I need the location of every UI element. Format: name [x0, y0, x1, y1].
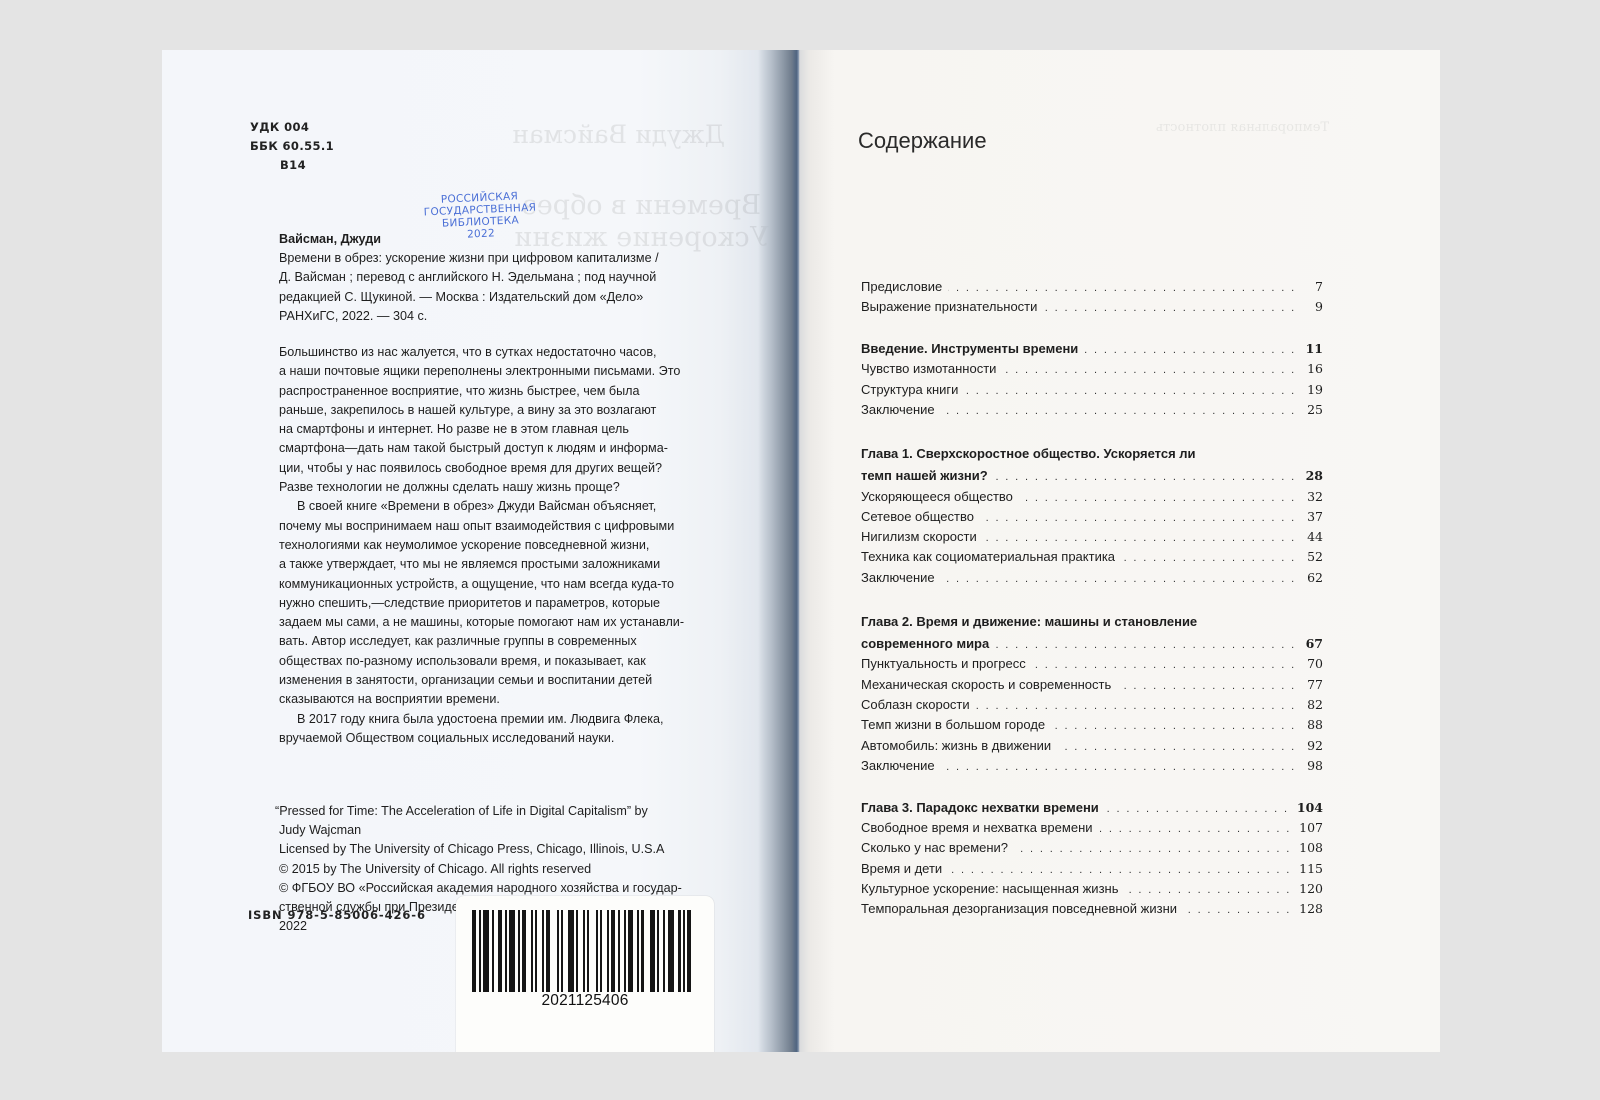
toc-title: Содержание [858, 128, 987, 154]
classification-codes: УДК 004 ББК 60.55.1 В14 [250, 118, 334, 175]
show-through-text: Темпоральная плотность [1156, 120, 1329, 135]
show-through-title: Времени в обрез [522, 190, 761, 221]
toc-entry-label: современного мира [861, 634, 995, 654]
toc-section: Предисловие.............................… [861, 277, 1323, 318]
annotation-line: нужно спешить,—следствие приоритетов и п… [279, 594, 729, 613]
toc-page-number: 52 [1301, 547, 1323, 567]
dot-leader: ........................................… [1183, 900, 1296, 920]
annotation-line: ции, чтобы у нас появилось свободное вре… [279, 459, 729, 478]
dot-leader: ........................................… [941, 569, 1301, 589]
toc-entry[interactable]: Заключение..............................… [861, 568, 1323, 588]
toc-entry-label: Время и дети [861, 859, 948, 879]
toc-entry[interactable]: Темпоральная дезорганизация повседневной… [861, 899, 1323, 919]
annotation-line: изменения в занятости, организации семьи… [279, 671, 729, 690]
book-spread: Джуди Вайсман Времени в обрез Ускорение … [162, 50, 1440, 1052]
isbn: ISBN 978-5-85006-426-6 [248, 908, 426, 922]
toc-entry-label: Сетевое общество [861, 507, 980, 527]
barcode-sticker: 2021125406 [456, 896, 714, 1052]
show-through-author: Джуди Вайсман [512, 120, 725, 149]
dot-leader: ........................................… [1121, 548, 1301, 568]
license-line: Judy Wajcman [279, 821, 749, 840]
toc-chapter-heading[interactable]: Глава 2. Время и движение: машины и стан… [861, 610, 1323, 635]
toc-page-number: 70 [1301, 654, 1323, 674]
toc-section: Глава 2. Время и движение: машины и стан… [861, 610, 1323, 777]
toc-page-number: 104 [1294, 798, 1323, 818]
dot-leader: ........................................… [1117, 676, 1301, 696]
toc-page-number: 107 [1296, 818, 1323, 838]
toc-page-number: 9 [1301, 297, 1323, 317]
barcode [472, 910, 692, 992]
dot-leader: ........................................… [976, 696, 1301, 716]
annotation-line: а также утверждает, что мы не являемся п… [279, 555, 729, 574]
toc-entry[interactable]: Ускоряющееся общество...................… [861, 487, 1323, 507]
annotation-line: раньше, закрепилось в нашей культуре, а … [279, 401, 729, 420]
dot-leader: ........................................… [948, 278, 1301, 298]
toc-entry-label: Глава 2. Время и движение: машины и стан… [861, 610, 1203, 635]
toc-entry[interactable]: Выражение признательности...............… [861, 297, 1323, 317]
toc-entry[interactable]: Сетевое общество........................… [861, 507, 1323, 527]
toc-entry-label: Заключение [861, 568, 941, 588]
toc-page-number: 67 [1301, 634, 1323, 654]
toc-chapter-heading[interactable]: Глава 1. Сверхскоростное общество. Ускор… [861, 442, 1323, 467]
toc-entry[interactable]: Предисловие.............................… [861, 277, 1323, 297]
annotation-line: а наши почтовые ящики переполнены электр… [279, 362, 729, 381]
dot-leader: ........................................… [1043, 298, 1301, 318]
toc-page-number: 11 [1301, 339, 1323, 359]
annotation: Большинство из нас жалуется, что в сутка… [279, 343, 729, 748]
barcode-number: 2021125406 [456, 992, 714, 1010]
toc-entry-label: Техника как социоматериальная практика [861, 547, 1121, 567]
toc-page-number: 120 [1296, 879, 1323, 899]
annotation-line: почему мы воспринимаем наш опыт взаимоде… [279, 517, 729, 536]
toc-entry[interactable]: Соблазн скорости........................… [861, 695, 1323, 715]
annotation-line: обществах по-разному использовали время,… [279, 652, 729, 671]
dot-leader: ........................................… [995, 635, 1301, 655]
toc-entry-label: Соблазн скорости [861, 695, 976, 715]
toc-entry-label: Сколько у нас времени? [861, 838, 1014, 858]
annotation-line: смартфона—дать нам такой быстрый доступ … [279, 439, 729, 458]
license-line: “Pressed for Time: The Acceleration of L… [279, 802, 749, 821]
toc-page-number: 92 [1301, 736, 1323, 756]
bbk-code: ББК 60.55.1 [250, 137, 334, 156]
toc-page-number: 88 [1301, 715, 1323, 735]
toc-entry[interactable]: Пунктуальность и прогресс...............… [861, 654, 1323, 674]
toc-page-number: 62 [1301, 568, 1323, 588]
annotation-line: вручаемой Обществом социальных исследова… [279, 729, 729, 748]
book-spine [758, 50, 800, 1052]
toc-page-number: 108 [1296, 838, 1323, 858]
dot-leader: ........................................… [1032, 655, 1301, 675]
toc-page-number: 115 [1296, 859, 1323, 879]
dot-leader: ........................................… [1124, 880, 1296, 900]
toc-entry-label: Заключение [861, 756, 941, 776]
toc-entry-label: Чувство измотанности [861, 359, 1002, 379]
toc-entry-label: Заключение [861, 400, 941, 420]
annotation-paragraph: Большинство из нас жалуется, что в сутка… [279, 343, 729, 497]
record-line: РАНХиГС, 2022. — 304 с. [279, 307, 729, 326]
record-line: Времени в обрез: ускорение жизни при циф… [279, 249, 729, 268]
toc-entry-label: Введение. Инструменты времени [861, 339, 1084, 359]
udk-code: УДК 004 [250, 118, 334, 137]
toc-entry-label: Свободное время и нехватка времени [861, 818, 1099, 838]
toc-entry-label: Темп жизни в большом городе [861, 715, 1051, 735]
dot-leader: ........................................… [1019, 488, 1301, 508]
annotation-line: технологиями как неумолимое ускорение по… [279, 536, 729, 555]
toc-section: Глава 1. Сверхскоростное общество. Ускор… [861, 442, 1323, 588]
toc-page-number: 82 [1301, 695, 1323, 715]
dot-leader: ........................................… [941, 401, 1301, 421]
dot-leader: ........................................… [964, 381, 1301, 401]
toc-entry-label: Механическая скорость и современность [861, 675, 1117, 695]
toc-entry[interactable]: Заключение..............................… [861, 400, 1323, 420]
toc-entry[interactable]: Сколько у нас времени?..................… [861, 838, 1323, 858]
toc-entry[interactable]: Структура книги.........................… [861, 380, 1323, 400]
toc-entry-label: Культурное ускорение: насыщенная жизнь [861, 879, 1124, 899]
annotation-line: задаем мы сами, а не машины, которые пом… [279, 613, 729, 632]
left-page: Джуди Вайсман Времени в обрез Ускорение … [162, 50, 796, 1052]
license-line: © 2015 by The University of Chicago. All… [279, 860, 749, 879]
toc-page-number: 44 [1301, 527, 1323, 547]
record-line: редакцией С. Щукиной. — Москва : Издател… [279, 288, 729, 307]
toc-chapter-entry[interactable]: Глава 3. Парадокс нехватки времени......… [861, 798, 1323, 818]
toc-chapter-entry[interactable]: Введение. Инструменты времени...........… [861, 339, 1323, 359]
record-author: Вайсман, Джуди [279, 230, 729, 249]
annotation-paragraph: В своей книге «Времени в обрез» Джуди Ва… [279, 497, 729, 709]
toc-chapter-entry[interactable]: темп нашей жизни?.......................… [861, 466, 1323, 486]
annotation-line: Большинство из нас жалуется, что в сутка… [279, 343, 729, 362]
dot-leader: ........................................… [948, 860, 1296, 880]
toc-page-number: 28 [1301, 466, 1323, 486]
dot-leader: ........................................… [1084, 340, 1301, 360]
toc-page-number: 19 [1301, 380, 1323, 400]
toc-page-number: 37 [1301, 507, 1323, 527]
toc-entry[interactable]: Чувство измотанности....................… [861, 359, 1323, 379]
annotation-line: коммуникационных устройств, а ощущение, … [279, 575, 729, 594]
license-line: Licensed by The University of Chicago Pr… [279, 840, 749, 859]
toc-page-number: 7 [1301, 277, 1323, 297]
dot-leader: ........................................… [1057, 737, 1301, 757]
annotation-line: Разве технологии не должны сделать нашу … [279, 478, 729, 497]
toc-page-number: 77 [1301, 675, 1323, 695]
toc-page-number: 32 [1301, 487, 1323, 507]
toc-entry[interactable]: Техника как социоматериальная практика..… [861, 547, 1323, 567]
toc-entry-label: Структура книги [861, 380, 964, 400]
annotation-line: В 2017 году книга была удостоена премии … [279, 710, 729, 729]
toc-entry[interactable]: Темп жизни в большом городе.............… [861, 715, 1323, 735]
dot-leader: ........................................… [994, 467, 1301, 487]
dot-leader: ........................................… [1099, 819, 1297, 839]
toc-entry[interactable]: Культурное ускорение: насыщенная жизнь..… [861, 879, 1323, 899]
toc-chapter-entry[interactable]: современного мира.......................… [861, 634, 1323, 654]
toc-entry-label: темп нашей жизни? [861, 466, 994, 486]
annotation-line: В своей книге «Времени в обрез» Джуди Ва… [279, 497, 729, 516]
toc-entry[interactable]: Автомобиль: жизнь в движении............… [861, 736, 1323, 756]
toc-entry[interactable]: Заключение..............................… [861, 756, 1323, 776]
table-of-contents: Предисловие.............................… [861, 277, 1323, 941]
toc-page-number: 16 [1301, 359, 1323, 379]
dot-leader: ........................................… [941, 757, 1301, 777]
toc-entry-label: Выражение признательности [861, 297, 1043, 317]
toc-entry-label: Темпоральная дезорганизация повседневной… [861, 899, 1183, 919]
dot-leader: ........................................… [1002, 360, 1301, 380]
toc-entry-label: Глава 1. Сверхскоростное общество. Ускор… [861, 442, 1202, 467]
toc-entry-label: Глава 3. Парадокс нехватки времени [861, 798, 1105, 818]
toc-entry[interactable]: Время и дети............................… [861, 859, 1323, 879]
annotation-line: сказываются на восприятии времени. [279, 690, 729, 709]
toc-entry-label: Пунктуальность и прогресс [861, 654, 1032, 674]
annotation-line: распространенное восприятие, что жизнь б… [279, 382, 729, 401]
toc-entry[interactable]: Механическая скорость и современность...… [861, 675, 1323, 695]
toc-page-number: 25 [1301, 400, 1323, 420]
toc-entry-label: Предисловие [861, 277, 948, 297]
dot-leader: ........................................… [1105, 799, 1294, 819]
toc-entry-label: Автомобиль: жизнь в движении [861, 736, 1057, 756]
toc-entry[interactable]: Нигилизм скорости.......................… [861, 527, 1323, 547]
author-mark: В14 [250, 156, 334, 175]
toc-entry[interactable]: Свободное время и нехватка времени......… [861, 818, 1323, 838]
annotation-line: вать. Автор исследует, как различные гру… [279, 632, 729, 651]
annotation-paragraph: В 2017 году книга была удостоена премии … [279, 710, 729, 749]
dot-leader: ........................................… [1014, 839, 1296, 859]
toc-section: Глава 3. Парадокс нехватки времени......… [861, 798, 1323, 920]
dot-leader: ........................................… [980, 508, 1301, 528]
dot-leader: ........................................… [983, 528, 1301, 548]
annotation-line: на смартфоны и интернет. Но разве не в э… [279, 420, 729, 439]
right-page: Темпоральная плотность Содержание Предис… [796, 50, 1440, 1052]
toc-page-number: 128 [1296, 899, 1323, 919]
toc-page-number: 98 [1301, 756, 1323, 776]
dot-leader: ........................................… [1051, 716, 1301, 736]
toc-section: Введение. Инструменты времени...........… [861, 339, 1323, 420]
bibliographic-record: Вайсман, Джуди Времени в обрез: ускорени… [279, 230, 729, 326]
toc-entry-label: Нигилизм скорости [861, 527, 983, 547]
record-line: Д. Вайсман ; перевод с английского Н. Эд… [279, 268, 729, 287]
toc-entry-label: Ускоряющееся общество [861, 487, 1019, 507]
